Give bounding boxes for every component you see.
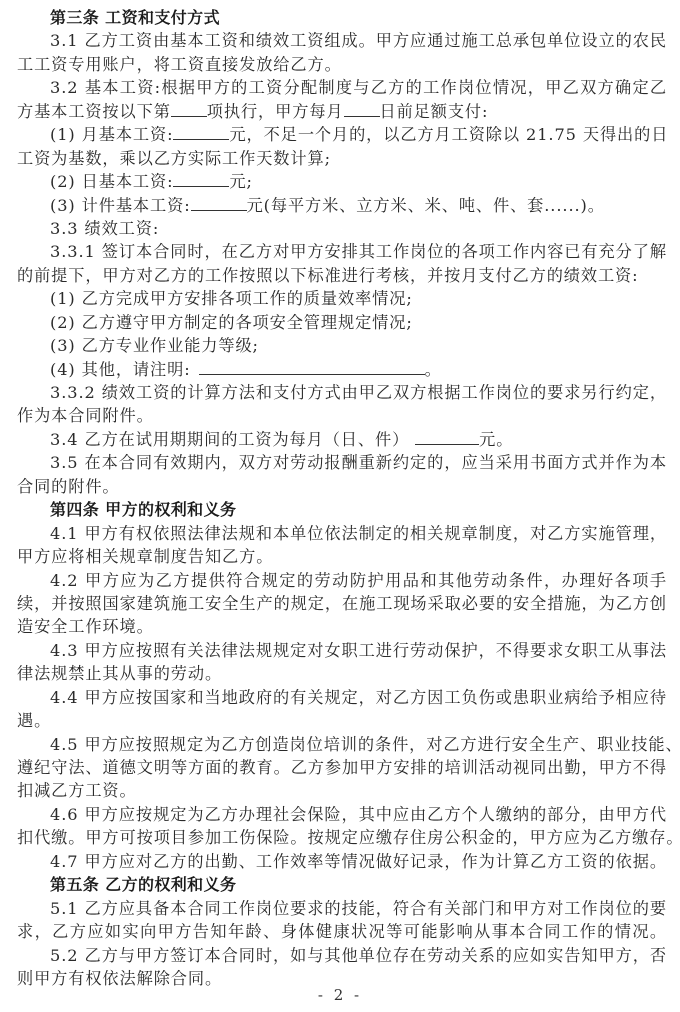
- clause-text: 方基本工资按以下第: [17, 102, 171, 121]
- probation-wage-blank[interactable]: [415, 429, 479, 445]
- other-criteria-blank[interactable]: [199, 359, 425, 375]
- clause-text: 日前足额支付:: [380, 102, 489, 121]
- clause-3-1-line-2: 工工资专用账户，将工资直接发放给乙方。: [17, 53, 667, 76]
- piece-wage-blank[interactable]: [191, 195, 247, 211]
- clause-3-2-item-3: (3) 计件基本工资:元(每平方米、立方米、米、吨、件、套......)。: [17, 194, 667, 217]
- clause-3-3-2-line-2: 作为本合同附件。: [17, 404, 667, 427]
- clause-text: (4) 其他，请注明:: [50, 360, 191, 379]
- section-heading-4: 第四条 甲方的权利和义务: [17, 498, 667, 521]
- clause-4-2-line-3: 造安全工作环境。: [17, 615, 667, 638]
- clause-3-5-line-1: 3.5 在本合同有效期内，双方对劳动报酬重新约定的，应当采用书面方式并作为本: [17, 451, 667, 474]
- clause-4-2-line-2: 续，并按照国家建筑施工安全生产的规定，在施工现场采取必要的安全措施，为乙方创: [17, 592, 667, 615]
- clause-3-2-item-1-line-1: (1) 月基本工资:元，不足一个月的，以乙方月工资除以 21.75 天得出的日: [17, 123, 667, 146]
- clause-5-1-line-2: 求，乙方应如实向甲方告知年龄、身体健康状况等可能影响从事本合同工作的情况。: [17, 920, 667, 943]
- pay-day-blank[interactable]: [344, 101, 380, 117]
- clause-3-3-1-item-1: (1) 乙方完成甲方安排各项工作的质量效率情况;: [17, 287, 667, 310]
- clause-text: 元(每平方米、立方米、米、吨、件、套......)。: [247, 196, 605, 215]
- clause-3-3: 3.3 绩效工资:: [17, 217, 667, 240]
- clause-3-3-1-item-4: (4) 其他，请注明:。: [17, 358, 667, 381]
- clause-4-5-line-1: 4.5 甲方应按照规定为乙方创造岗位培训的条件，对乙方进行安全生产、职业技能、: [17, 733, 667, 756]
- clause-text: (3) 计件基本工资:: [50, 196, 191, 215]
- clause-text: 元，不足一个月的，以乙方月工资除以 21.75 天得出的日: [229, 125, 668, 144]
- clause-text: 项执行，甲方每月: [207, 102, 344, 121]
- clause-text: 元。: [479, 430, 513, 449]
- clause-5-2-line-1: 5.2 乙方与甲方签订本合同时，如与其他单位存在劳动关系的应如实告知甲方，否: [17, 944, 667, 967]
- clause-text: 。: [425, 360, 442, 379]
- clause-4-5-line-2: 遵纪守法、道德文明等方面的教育。乙方参加甲方安排的培训活动视同出勤，甲方不得: [17, 756, 667, 779]
- clause-4-2-line-1: 4.2 甲方应为乙方提供符合规定的劳动防护用品和其他劳动条件，办理好各项手: [17, 569, 667, 592]
- clause-text: 3.4 乙方在试用期期间的工资为每月（日、件）: [50, 430, 409, 449]
- clause-4-3-line-1: 4.3 甲方应按照有关法律法规规定对女职工进行劳动保护，不得要求女职工从事法: [17, 639, 667, 662]
- clause-5-1-line-1: 5.1 乙方应具备本合同工作岗位要求的技能，符合有关部门和甲方对工作岗位的要: [17, 897, 667, 920]
- page-number: - 2 -: [0, 986, 680, 1004]
- clause-4-5-line-3: 扣减乙方工资。: [17, 779, 667, 802]
- section-heading-5: 第五条 乙方的权利和义务: [17, 873, 667, 896]
- clause-3-3-1-line-2: 的前提下，甲方对乙方的工作按照以下标准进行考核，并按月支付乙方的绩效工资:: [17, 264, 667, 287]
- clause-text: (1) 月基本工资:: [50, 125, 173, 144]
- clause-3-3-1-line-1: 3.3.1 签订本合同时，在乙方对甲方安排其工作岗位的各项工作内容已有充分了解: [17, 240, 667, 263]
- item-number-blank[interactable]: [171, 101, 207, 117]
- clause-3-3-1-item-3: (3) 乙方专业作业能力等级;: [17, 334, 667, 357]
- daily-wage-blank[interactable]: [173, 171, 229, 187]
- clause-3-2-line-2: 方基本工资按以下第项执行，甲方每月日前足额支付:: [17, 100, 667, 123]
- clause-text: 元;: [229, 172, 252, 191]
- clause-3-3-1-item-2: (2) 乙方遵守甲方制定的各项安全管理规定情况;: [17, 311, 667, 334]
- clause-3-2-item-1-line-2: 工资为基数，乘以乙方实际工作天数计算;: [17, 147, 667, 170]
- clause-4-1-line-1: 4.1 甲方有权依照法律法规和本单位依法制定的相关规章制度，对乙方实施管理，: [17, 522, 667, 545]
- clause-4-7: 4.7 甲方应对乙方的出勤、工作效率等情况做好记录，作为计算乙方工资的依据。: [17, 850, 667, 873]
- clause-3-4: 3.4 乙方在试用期期间的工资为每月（日、件）元。: [17, 428, 667, 451]
- clause-3-5-line-2: 合同的附件。: [17, 475, 667, 498]
- monthly-wage-blank[interactable]: [173, 124, 229, 140]
- clause-text: (2) 日基本工资:: [50, 172, 173, 191]
- clause-4-4-line-2: 遇。: [17, 709, 667, 732]
- clause-4-4-line-1: 4.4 甲方应按国家和当地政府的有关规定，对乙方因工负伤或患职业病给予相应待: [17, 686, 667, 709]
- section-heading-3: 第三条 工资和支付方式: [17, 6, 667, 29]
- clause-3-3-2-line-1: 3.3.2 绩效工资的计算方法和支付方式由甲乙双方根据工作岗位的要求另行约定，: [17, 381, 667, 404]
- clause-4-6-line-1: 4.6 甲方应按规定为乙方办理社会保险，其中应由乙方个人缴纳的部分，由甲方代: [17, 803, 667, 826]
- clause-4-3-line-2: 律法规禁止其从事的劳动。: [17, 662, 667, 685]
- clause-3-2-line-1: 3.2 基本工资:根据甲方的工资分配制度与乙方的工作岗位情况，甲乙双方确定乙: [17, 76, 667, 99]
- clause-3-2-item-2: (2) 日基本工资:元;: [17, 170, 667, 193]
- clause-3-1-line-1: 3.1 乙方工资由基本工资和绩效工资组成。甲方应通过施工总承包单位设立的农民: [17, 29, 667, 52]
- clause-4-6-line-2: 扣代缴。甲方可按项目参加工伤保险。按规定应缴存住房公积金的，甲方应为乙方缴存。: [17, 826, 667, 849]
- clause-4-1-line-2: 甲方应将相关规章制度告知乙方。: [17, 545, 667, 568]
- document-page: 第三条 工资和支付方式 3.1 乙方工资由基本工资和绩效工资组成。甲方应通过施工…: [17, 6, 667, 990]
